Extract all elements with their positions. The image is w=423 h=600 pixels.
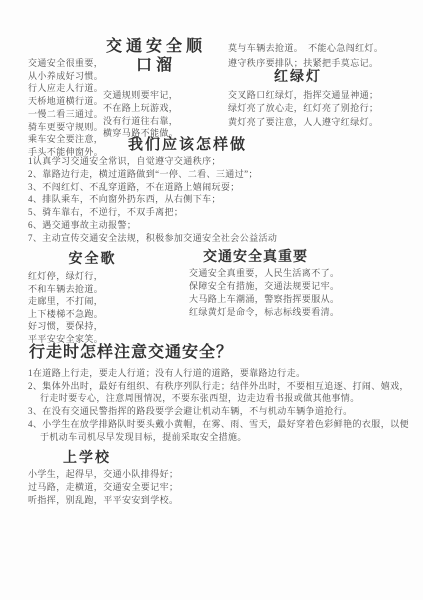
list-item: 1认真学习交通安全常识，自觉遵守交通秩序； bbox=[28, 155, 277, 168]
poem-line: 红绿黄灯是命令，标志标线要看清。 bbox=[189, 306, 339, 319]
poem-line: 没有行道往右靠， bbox=[103, 115, 178, 128]
kouliu-title-line1: 交通安全顺 bbox=[80, 37, 232, 56]
poem-line: 莫与车辆去抢道。 不能心急闯红灯。 bbox=[228, 41, 383, 56]
poem-line: 听指挥，别乱跑，平平安安到学校。 bbox=[28, 494, 178, 507]
document-page: 交通安全顺 口溜 交通安全很重要， 从小养成好习惯。 行人应走人行道。 天桥地道… bbox=[0, 0, 423, 600]
poem-line: 不在路上玩游戏， bbox=[103, 102, 178, 115]
list-item: 3、不闯红灯、不乱穿道路，不在道路上嬉闹玩耍； bbox=[28, 181, 277, 194]
poem-line: 交通规则要牢记， bbox=[103, 89, 178, 102]
poem-line: 从小养成好习惯。 bbox=[28, 70, 103, 83]
honglvdeng-poem: 交叉路口红绿灯，指挥交通显神通； 绿灯亮了放心走，红灯亮了别抢行； 黄灯亮了要注… bbox=[228, 89, 378, 129]
top-right-intro: 莫与车辆去抢道。 不能心急闯红灯。 遵守秩序要排队；扶紧把手莫忘记。 bbox=[228, 41, 383, 71]
poem-line: 好习惯，要保持， bbox=[28, 320, 103, 333]
poem-line: 不和车辆去抢道。 bbox=[28, 283, 103, 296]
list-item: 4、小学生在放学排路队时要头戴小黄帽，在雾、雨、雪天，最好穿着色彩鲜艳的衣服，以… bbox=[28, 418, 409, 431]
list-item: 7、主动宣传交通安全法规，积极参加交通安全社会公益活动 bbox=[28, 232, 277, 245]
poem-line: 乘车安全要注意， bbox=[28, 133, 103, 146]
poem-line: 绿灯亮了放心走，红灯亮了别抢行； bbox=[228, 102, 378, 115]
list-item: 2、集体外出时，最好有组织、有秩序列队行走；结伴外出时，不要相互追逐、打闹、嬉戏… bbox=[28, 380, 409, 393]
poem-line: 行人应走人行道。 bbox=[28, 82, 103, 95]
kouliu-right-poem: 交通规则要牢记， 不在路上玩游戏， 没有行道往右靠， 横穿马路不能做。 bbox=[103, 89, 178, 140]
list-item: 4、排队乘车，不向窗外扔东西，从右侧下车； bbox=[28, 193, 277, 206]
poem-line: 上下楼梯不急跑。 bbox=[28, 308, 103, 321]
zhenzhongyao-section-title: 交通安全真重要 bbox=[203, 250, 308, 266]
women-section-title: 我们应该怎样做 bbox=[128, 136, 247, 154]
poem-line: 黄灯亮了要注意，人人遵守红绿灯。 bbox=[228, 116, 378, 129]
anquange-poem: 红灯停，绿灯行， 不和车辆去抢道。 走廊里，不打闹， 上下楼梯不急跑。 好习惯，… bbox=[28, 270, 103, 346]
poem-line: 过马路，走横道，交通安全要记牢； bbox=[28, 481, 178, 494]
list-item: 3、在没有交通民警指挥的路段要学会避让机动车辆，不与机动车辆争道抢行。 bbox=[28, 405, 409, 418]
xingzou-list: 1在道路上行走，要走人行道；没有人行道的道路，要靠路边行走。 2、集体外出时，最… bbox=[28, 367, 409, 443]
poem-line: 交叉路口红绿灯，指挥交通显神通； bbox=[228, 89, 378, 102]
list-item-continuation: 行走时要专心，注意周围情况，不要东张西望，边走边看书报或做其他事情。 bbox=[28, 392, 409, 405]
poem-line: 红灯停，绿灯行， bbox=[28, 270, 103, 283]
poem-line: 天桥地道横行道。 bbox=[28, 95, 103, 108]
anquange-section-title: 安全歌 bbox=[40, 252, 145, 268]
list-item-continuation: 于机动车司机尽早发现目标，提前采取安全措施。 bbox=[28, 431, 409, 444]
poem-line: 保障安全有措施，交通法规要记牢。 bbox=[189, 280, 339, 293]
poem-line: 小学生，起得早，交通小队排得好； bbox=[28, 468, 178, 481]
list-item: 2、靠路边行走，横过道路做到“一停、二看、三通过”； bbox=[28, 168, 277, 181]
honglvdeng-section-title: 红绿灯 bbox=[228, 70, 368, 86]
list-item: 1在道路上行走，要走人行道；没有人行道的道路，要靠路边行走。 bbox=[28, 367, 409, 380]
poem-line: 一慢二看三通过。 bbox=[28, 108, 103, 121]
poem-line: 走廊里，不打闹， bbox=[28, 295, 103, 308]
list-item: 6、遇交通事故主动报警； bbox=[28, 219, 277, 232]
shangxuexiao-poem: 小学生，起得早，交通小队排得好； 过马路，走横道，交通安全要记牢； 听指挥，别乱… bbox=[28, 468, 178, 507]
poem-line: 遵守秩序要排队；扶紧把手莫忘记。 bbox=[228, 56, 383, 71]
shangxuexiao-section-title: 上学校 bbox=[63, 451, 111, 467]
xingzou-section-title: 行走时怎样注意交通安全？ bbox=[29, 344, 233, 362]
poem-line: 骑车更要守规则。 bbox=[28, 121, 103, 134]
poem-line: 交通安全真重要，人民生活离不了。 bbox=[189, 267, 339, 280]
zhenzhongyao-poem: 交通安全真重要，人民生活离不了。 保障安全有措施，交通法规要记牢。 大马路上车潮… bbox=[189, 267, 339, 319]
kouliu-left-poem: 交通安全很重要， 从小养成好习惯。 行人应走人行道。 天桥地道横行道。 一慢二看… bbox=[28, 57, 103, 159]
poem-line: 交通安全很重要， bbox=[28, 57, 103, 70]
women-list: 1认真学习交通安全常识，自觉遵守交通秩序； 2、靠路边行走，横过道路做到“一停、… bbox=[28, 155, 277, 245]
poem-line: 大马路上车潮涌，警察指挥要服从。 bbox=[189, 293, 339, 306]
list-item: 5、骑车靠右，不逆行，不双手离把； bbox=[28, 206, 277, 219]
